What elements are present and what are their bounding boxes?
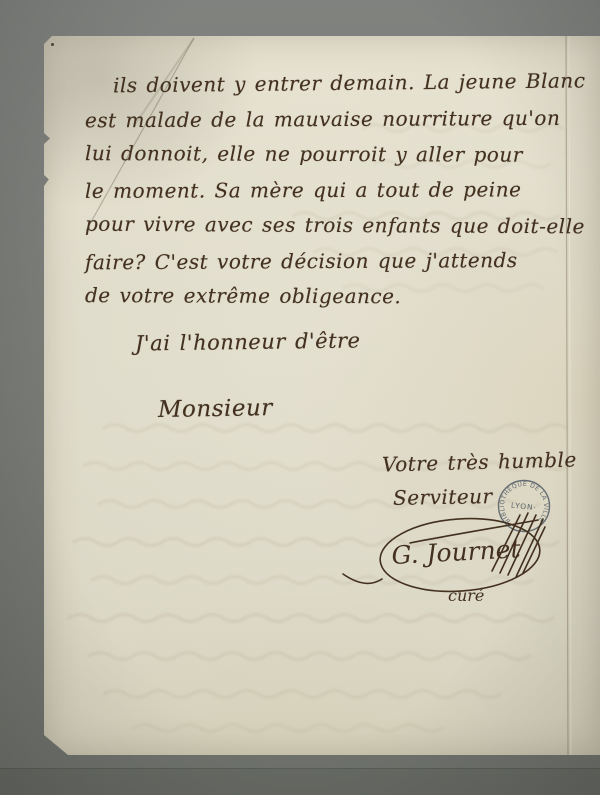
signature-flourish-tail (343, 574, 382, 583)
paper-edge-notch (44, 133, 50, 144)
salutation: Monsieur (158, 395, 273, 423)
corner-pinhole (51, 43, 54, 46)
handwritten-line: est malade de la mauvaise nourriture qu'… (85, 100, 586, 138)
handwritten-line: pour vivre avec ses trois enfants que do… (85, 207, 586, 245)
honor-line: J'ai l'honneur d'être (135, 328, 361, 355)
handwritten-line: lui donnoit, elle ne pourroit y aller po… (85, 136, 586, 173)
valediction-line: Votre très humble (382, 447, 577, 476)
signer-title: curé (448, 586, 484, 605)
letter-body: ils doivent y entrer demain. La jeune Bl… (85, 66, 585, 315)
signature-block: G. Journet curé (340, 503, 570, 608)
scan-background: { "letter": { "body_lines": [ "ils doive… (0, 0, 600, 795)
handwritten-line: ils doivent y entrer demain. La jeune Bl… (85, 63, 586, 104)
handwritten-line: faire? C'est votre décision que j'attend… (85, 242, 586, 280)
scan-stage: ils doivent y entrer demain. La jeune Bl… (0, 0, 600, 795)
background-seam (0, 768, 600, 795)
signature-name: G. Journet (391, 534, 522, 570)
letter-page: ils doivent y entrer demain. La jeune Bl… (44, 36, 600, 755)
handwritten-line: de votre extrême obligeance. (85, 278, 586, 315)
paper-edge-notch (44, 175, 50, 186)
handwritten-line: le moment. Sa mère qui a tout de peine (85, 172, 586, 209)
